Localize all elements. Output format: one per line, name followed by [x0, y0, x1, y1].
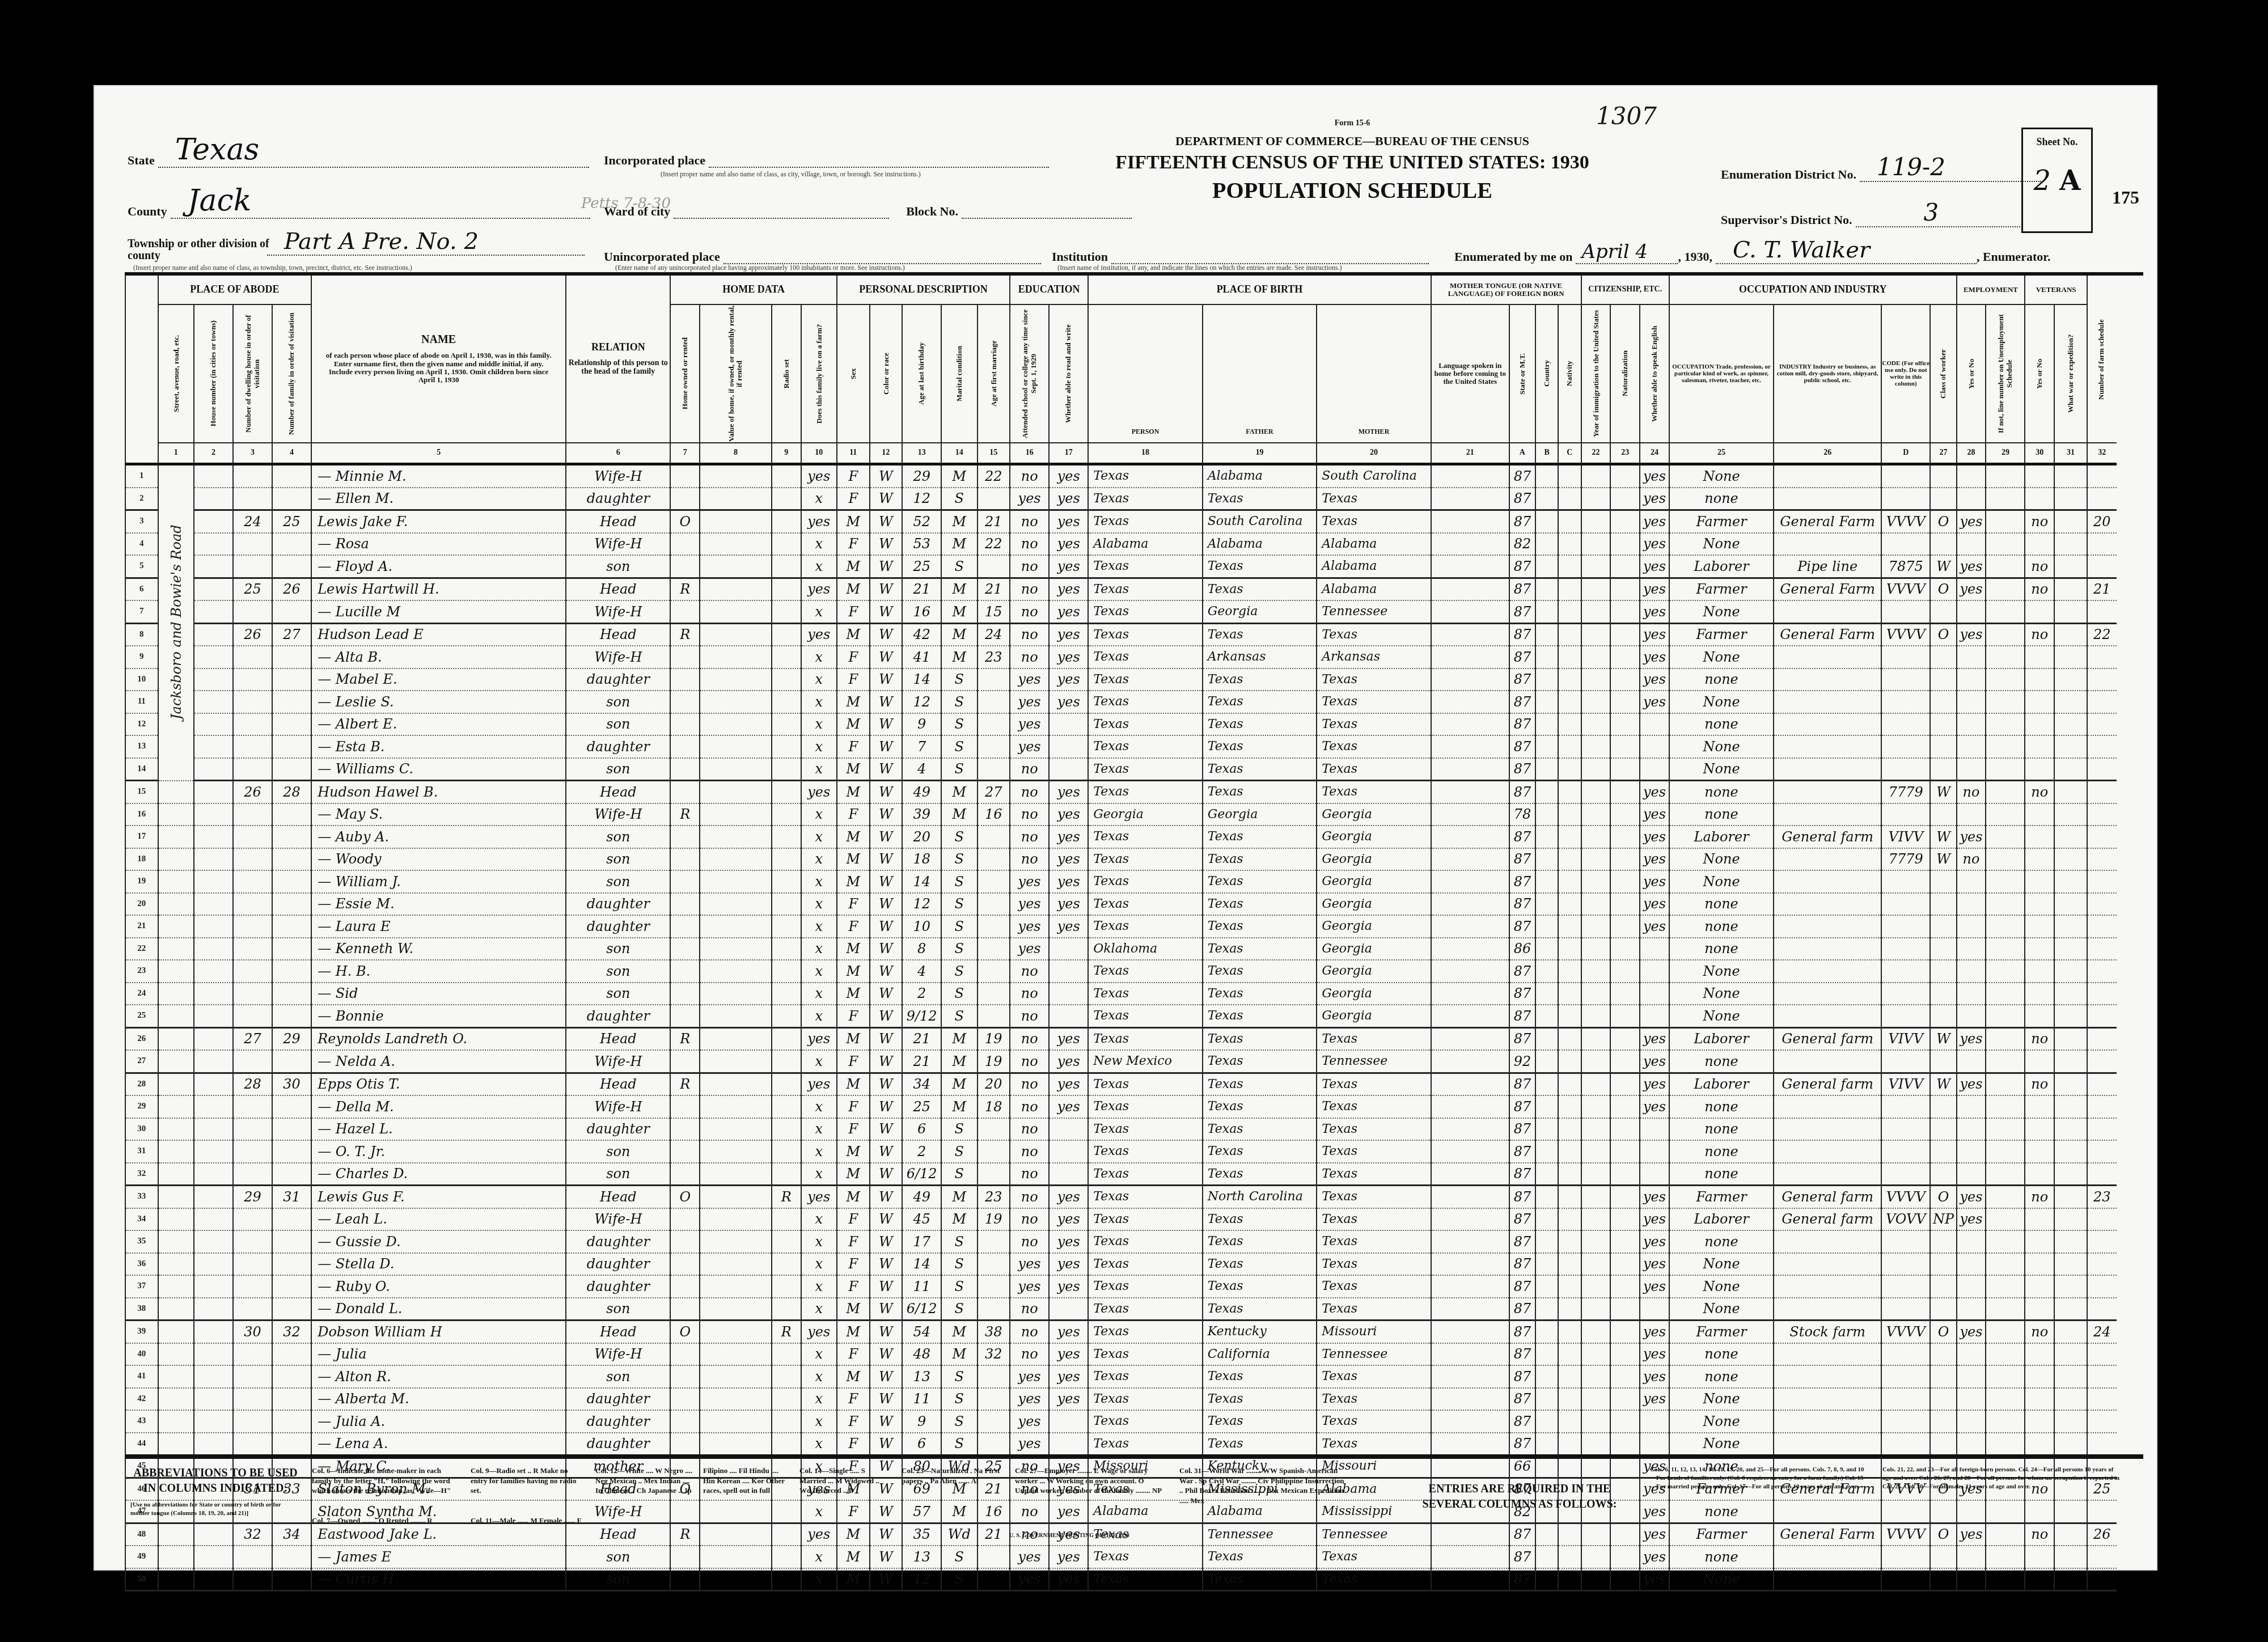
read-write: [1049, 1118, 1088, 1141]
family-number: [272, 826, 311, 848]
relationship: Wife-H: [566, 1343, 670, 1366]
farm-schedule-number: [2087, 1050, 2117, 1073]
naturalization: [1610, 1050, 1640, 1073]
read-write: yes: [1049, 1095, 1088, 1118]
sex: M: [837, 1140, 870, 1163]
read-write: yes: [1049, 1365, 1088, 1388]
code-country: [1535, 510, 1558, 533]
war: [2054, 555, 2087, 578]
relationship: Wife-H: [566, 1208, 670, 1231]
unemployment-line: [1986, 488, 2025, 510]
code-country: [1535, 803, 1558, 826]
industry: General farm: [1774, 1073, 1881, 1095]
home-value: [700, 1050, 772, 1073]
age: 21: [902, 1050, 941, 1073]
marital: S: [941, 938, 977, 960]
race: W: [870, 1140, 903, 1163]
dwelling-number: 26: [233, 781, 272, 803]
farm: yes: [801, 1321, 837, 1343]
war: [2054, 960, 2087, 983]
farm: x: [801, 870, 837, 893]
line-number: 44: [125, 1433, 158, 1455]
immigration-year: [1581, 1140, 1611, 1163]
group-place-of-abode: PLACE OF ABODE: [158, 276, 312, 304]
farm: x: [801, 960, 837, 983]
sex: M: [837, 1321, 870, 1343]
mother-tongue: [1431, 803, 1509, 826]
sex: F: [837, 1410, 870, 1433]
age: 14: [902, 870, 941, 893]
occupation-code: [1881, 735, 1930, 758]
school: no: [1010, 623, 1049, 646]
class-of-worker: [1930, 1433, 1956, 1455]
farm: x: [801, 1050, 837, 1073]
naturalization: [1610, 735, 1640, 758]
code-nativity: [1558, 1298, 1581, 1321]
industry: [1774, 915, 1881, 938]
house-number: [194, 1230, 233, 1253]
sex: F: [837, 533, 870, 556]
farm-schedule-number: 20: [2087, 510, 2117, 533]
family-number: [272, 646, 311, 668]
sex: F: [837, 464, 870, 488]
read-write: yes: [1049, 1230, 1088, 1253]
street-cell: [158, 1343, 194, 1366]
occupation: none: [1669, 668, 1774, 691]
line-number: 24: [125, 983, 158, 1005]
line-number: 9: [125, 646, 158, 668]
table-row: 82627Hudson Lead EHeadRyesMW42M24noyesTe…: [125, 623, 2143, 646]
occupation-code: VVVV: [1881, 1321, 1930, 1343]
unincorporated-note: (Enter name of any unincorporated place …: [615, 264, 905, 272]
code-nativity: [1558, 1186, 1581, 1208]
table-row: 13— Esta B.daughterxFW7SyesTexasTexasTex…: [125, 735, 2143, 758]
birthplace-father: Texas: [1203, 1095, 1317, 1118]
home-owned: [670, 1050, 700, 1073]
birthplace-mother: Georgia: [1317, 803, 1431, 826]
mother-tongue: [1431, 488, 1509, 510]
age: 2: [902, 983, 941, 1005]
class-of-worker: [1930, 983, 1956, 1005]
farm: yes: [801, 578, 837, 600]
school: yes: [1010, 1275, 1049, 1298]
birthplace-father: South Carolina: [1203, 510, 1317, 533]
code-nativity: [1558, 646, 1581, 668]
line-number: 26: [125, 1027, 158, 1050]
line-number: 40: [125, 1343, 158, 1366]
table-row: 44— Lena A.daughterxFW6SyesTexasTexasTex…: [125, 1433, 2143, 1455]
age: 9: [902, 1410, 941, 1433]
marital: M: [941, 510, 977, 533]
footer-abbreviations: ABBREVIATIONS TO BE USED IN COLUMNS INDI…: [125, 1454, 2143, 1550]
farm-schedule-number: [2087, 803, 2117, 826]
marital: M: [941, 1027, 977, 1050]
code-nativity: [1558, 983, 1581, 1005]
dwelling-number: [233, 1050, 272, 1073]
street-cell: [158, 1073, 194, 1095]
family-number: [272, 488, 311, 510]
dwelling-number: [233, 1433, 272, 1455]
immigration-year: [1581, 713, 1611, 736]
home-owned: [670, 600, 700, 623]
occupation-code: [1881, 1095, 1930, 1118]
age: 25: [902, 1095, 941, 1118]
sex: M: [837, 960, 870, 983]
birthplace-mother: Alabama: [1317, 555, 1431, 578]
class-of-worker: [1930, 713, 1956, 736]
house-number: [194, 713, 233, 736]
birthplace-father: Texas: [1203, 1230, 1317, 1253]
dwelling-number: [233, 1253, 272, 1276]
naturalization: [1610, 1298, 1640, 1321]
birthplace-father: California: [1203, 1343, 1317, 1366]
house-number: [194, 758, 233, 781]
birthplace-mother: Georgia: [1317, 960, 1431, 983]
industry: [1774, 1343, 1881, 1366]
code-state: 87: [1509, 668, 1535, 691]
house-number: [194, 938, 233, 960]
birthplace-person: Texas: [1088, 1005, 1202, 1027]
unemployment-line: [1986, 464, 2025, 488]
marital: S: [941, 1568, 977, 1591]
radio-set: [772, 781, 801, 803]
table-row: 40— JuliaWife-HxFW48M32noyesTexasCalifor…: [125, 1343, 2143, 1366]
table-row: 30— Hazel L.daughterxFW6SnoTexasTexasTex…: [125, 1118, 2143, 1141]
birthplace-person: Texas: [1088, 623, 1202, 646]
sex: M: [837, 1365, 870, 1388]
line-number: 28: [125, 1073, 158, 1095]
family-number: 26: [272, 578, 311, 600]
at-work: [1957, 464, 1986, 488]
age: 54: [902, 1321, 941, 1343]
line-number: 42: [125, 1388, 158, 1411]
farm: yes: [801, 1027, 837, 1050]
home-value: [700, 1118, 772, 1141]
street-cell: [158, 1163, 194, 1186]
immigration-year: [1581, 464, 1611, 488]
relationship: son: [566, 938, 670, 960]
code-nativity: [1558, 1253, 1581, 1276]
line-number: 41: [125, 1365, 158, 1388]
radio-set: [772, 938, 801, 960]
code-state: 78: [1509, 803, 1535, 826]
enumeration-district-value: 119-2: [1877, 153, 1945, 181]
code-nativity: [1558, 1095, 1581, 1118]
school: no: [1010, 600, 1049, 623]
at-work: [1957, 1568, 1986, 1591]
family-number: [272, 983, 311, 1005]
read-write: yes: [1049, 1275, 1088, 1298]
birthplace-mother: Georgia: [1317, 1005, 1431, 1027]
veteran: [2025, 1298, 2054, 1321]
table-row: 32— Charles D.sonxMW6/12SnoTexasTexasTex…: [125, 1163, 2143, 1186]
code-country: [1535, 1321, 1558, 1343]
radio-set: [772, 1253, 801, 1276]
code-nativity: [1558, 803, 1581, 826]
mother-tongue: [1431, 915, 1509, 938]
birthplace-mother: Texas: [1317, 691, 1431, 713]
birthplace-father: Texas: [1203, 1568, 1317, 1591]
line-number: 7: [125, 600, 158, 623]
line-number: 18: [125, 848, 158, 871]
mother-tongue: [1431, 1343, 1509, 1366]
naturalization: [1610, 533, 1640, 556]
birthplace-mother: Texas: [1317, 1275, 1431, 1298]
dwelling-number: [233, 1163, 272, 1186]
race: W: [870, 758, 903, 781]
immigration-year: [1581, 983, 1611, 1005]
code-country: [1535, 1343, 1558, 1366]
footer-col12: Col. 12—White .... W Negro .... Neg Mexi…: [595, 1466, 697, 1496]
at-work: [1957, 1365, 1986, 1388]
mother-tongue: [1431, 555, 1509, 578]
code-state: 87: [1509, 1410, 1535, 1433]
occupation: none: [1669, 1230, 1774, 1253]
family-number: [272, 1388, 311, 1411]
at-work: no: [1957, 781, 1986, 803]
street-cell: [158, 1005, 194, 1027]
street-cell: [158, 848, 194, 871]
farm: x: [801, 1343, 837, 1366]
radio-set: [772, 983, 801, 1005]
farm: x: [801, 1163, 837, 1186]
age: 48: [902, 1343, 941, 1366]
table-row: 14— Williams C.sonxMW4SnoTexasTexasTexas…: [125, 758, 2143, 781]
relationship: son: [566, 1140, 670, 1163]
code-nativity: [1558, 1410, 1581, 1433]
radio-set: [772, 915, 801, 938]
war: [2054, 735, 2087, 758]
veteran: [2025, 713, 2054, 736]
at-work: yes: [1957, 623, 1986, 646]
immigration-year: [1581, 1410, 1611, 1433]
occupation: Laborer: [1669, 1027, 1774, 1050]
immigration-year: [1581, 848, 1611, 871]
industry: [1774, 938, 1881, 960]
immigration-year: [1581, 578, 1611, 600]
code-state: 86: [1509, 938, 1535, 960]
age: 9: [902, 713, 941, 736]
war: [2054, 781, 2087, 803]
person-name: — Della M.: [311, 1095, 566, 1118]
class-of-worker: O: [1930, 1186, 1956, 1208]
title-block: Form 15-6 DEPARTMENT OF COMMERCE—BUREAU …: [1069, 119, 1636, 204]
birthplace-father: Texas: [1203, 1208, 1317, 1231]
race: W: [870, 600, 903, 623]
race: W: [870, 1433, 903, 1455]
read-write: yes: [1049, 1050, 1088, 1073]
radio-set: [772, 1365, 801, 1388]
school: no: [1010, 555, 1049, 578]
marital: S: [941, 870, 977, 893]
line-number: 39: [125, 1321, 158, 1343]
person-name: Dobson William H: [311, 1321, 566, 1343]
occupation-code: [1881, 1253, 1930, 1276]
age: 41: [902, 646, 941, 668]
occupation-code: [1881, 1343, 1930, 1366]
code-country: [1535, 1186, 1558, 1208]
school: no: [1010, 826, 1049, 848]
age-first-marriage: [978, 668, 1010, 691]
home-value: [700, 533, 772, 556]
race: W: [870, 735, 903, 758]
unemployment-line: [1986, 803, 2025, 826]
code-country: [1535, 848, 1558, 871]
code-nativity: [1558, 691, 1581, 713]
line-number: 36: [125, 1253, 158, 1276]
mother-tongue: [1431, 1050, 1509, 1073]
person-name: — Minnie M.: [311, 464, 566, 488]
table-row: 2— Ellen M.daughterxFW12SyesyesTexasTexa…: [125, 488, 2143, 510]
speaks-english: yes: [1640, 533, 1669, 556]
code-nativity: [1558, 668, 1581, 691]
code-nativity: [1558, 781, 1581, 803]
sex: M: [837, 870, 870, 893]
industry: [1774, 488, 1881, 510]
birthplace-father: Texas: [1203, 623, 1317, 646]
veteran: [2025, 803, 2054, 826]
at-work: [1957, 1230, 1986, 1253]
naturalization: [1610, 1433, 1640, 1455]
line-number: 15: [125, 781, 158, 803]
supervisor-district-field: Supervisor's District No. 3: [1721, 207, 2020, 227]
speaks-english: yes: [1640, 1186, 1669, 1208]
race: W: [870, 938, 903, 960]
code-state: 87: [1509, 1365, 1535, 1388]
occupation: None: [1669, 870, 1774, 893]
immigration-year: [1581, 735, 1611, 758]
home-value: [700, 691, 772, 713]
birthplace-father: Texas: [1203, 870, 1317, 893]
code-country: [1535, 488, 1558, 510]
marital: S: [941, 555, 977, 578]
industry: [1774, 1388, 1881, 1411]
veteran: no: [2025, 781, 2054, 803]
code-state: 87: [1509, 1005, 1535, 1027]
house-number: [194, 1410, 233, 1433]
age-first-marriage: 24: [978, 623, 1010, 646]
person-name: Reynolds Landreth O.: [311, 1027, 566, 1050]
speaks-english: yes: [1640, 1321, 1669, 1343]
age-first-marriage: 19: [978, 1050, 1010, 1073]
naturalization: [1610, 691, 1640, 713]
home-owned: [670, 1365, 700, 1388]
war: [2054, 1163, 2087, 1186]
unemployment-line: [1986, 893, 2025, 916]
unemployment-line: [1986, 1163, 2025, 1186]
house-number: [194, 1095, 233, 1118]
war: [2054, 1050, 2087, 1073]
immigration-year: [1581, 826, 1611, 848]
birthplace-person: Texas: [1088, 826, 1202, 848]
person-name: Epps Otis T.: [311, 1073, 566, 1095]
war: [2054, 510, 2087, 533]
at-work: [1957, 691, 1986, 713]
at-work: [1957, 1118, 1986, 1141]
read-write: yes: [1049, 893, 1088, 916]
relationship: Head: [566, 781, 670, 803]
occupation: None: [1669, 1298, 1774, 1321]
home-value: [700, 555, 772, 578]
birthplace-person: Texas: [1088, 1298, 1202, 1321]
farm: yes: [801, 464, 837, 488]
sex: F: [837, 1388, 870, 1411]
age-first-marriage: 23: [978, 1186, 1010, 1208]
school: no: [1010, 803, 1049, 826]
unemployment-line: [1986, 983, 2025, 1005]
occupation: none: [1669, 1140, 1774, 1163]
code-state: 87: [1509, 781, 1535, 803]
unemployment-line: [1986, 1410, 2025, 1433]
race: W: [870, 1186, 903, 1208]
marital: S: [941, 713, 977, 736]
farm: yes: [801, 623, 837, 646]
dwelling-number: [233, 758, 272, 781]
birthplace-father: Texas: [1203, 938, 1317, 960]
line-number: 32: [125, 1163, 158, 1186]
at-work: [1957, 1140, 1986, 1163]
mother-tongue: [1431, 713, 1509, 736]
table-row: 262729Reynolds Landreth O.HeadRyesMW21M1…: [125, 1027, 2143, 1050]
race: W: [870, 803, 903, 826]
race: W: [870, 1005, 903, 1027]
birthplace-mother: Texas: [1317, 781, 1431, 803]
person-name: — Essie M.: [311, 893, 566, 916]
code-nativity: [1558, 1208, 1581, 1231]
birthplace-father: Texas: [1203, 960, 1317, 983]
family-number: [272, 1118, 311, 1141]
code-nativity: [1558, 960, 1581, 983]
veteran: [2025, 938, 2054, 960]
age: 12: [902, 1568, 941, 1591]
marital: S: [941, 915, 977, 938]
sex: F: [837, 735, 870, 758]
immigration-year: [1581, 1433, 1611, 1455]
dwelling-number: [233, 1005, 272, 1027]
industry: [1774, 1253, 1881, 1276]
marital: M: [941, 781, 977, 803]
birthplace-mother: Georgia: [1317, 848, 1431, 871]
home-value: [700, 1095, 772, 1118]
home-owned: [670, 1118, 700, 1141]
table-row: 34— Leah L.Wife-HxFW45M19noyesTexasTexas…: [125, 1208, 2143, 1231]
veteran: [2025, 1433, 2054, 1455]
street-cell: [158, 960, 194, 983]
unemployment-line: [1986, 938, 2025, 960]
farm: x: [801, 691, 837, 713]
footer-col12b: Filipino .... Fil Hindu .... Hin Korean …: [703, 1466, 788, 1496]
home-owned: [670, 893, 700, 916]
war: [2054, 870, 2087, 893]
industry: General farm: [1774, 1186, 1881, 1208]
relationship: son: [566, 1298, 670, 1321]
war: [2054, 1321, 2087, 1343]
relationship: son: [566, 691, 670, 713]
naturalization: [1610, 1186, 1640, 1208]
occupation-code: [1881, 1275, 1930, 1298]
home-owned: [670, 1388, 700, 1411]
relationship: Wife-H: [566, 646, 670, 668]
class-of-worker: W: [1930, 826, 1956, 848]
naturalization: [1610, 758, 1640, 781]
census-sheet: 1307 Form 15-6 DEPARTMENT OF COMMERCE—BU…: [94, 85, 2157, 1571]
birthplace-mother: Texas: [1317, 1568, 1431, 1591]
radio-set: [772, 1118, 801, 1141]
read-write: yes: [1049, 1027, 1088, 1050]
age-first-marriage: [978, 1005, 1010, 1027]
farm-schedule-number: 21: [2087, 578, 2117, 600]
home-owned: R: [670, 623, 700, 646]
